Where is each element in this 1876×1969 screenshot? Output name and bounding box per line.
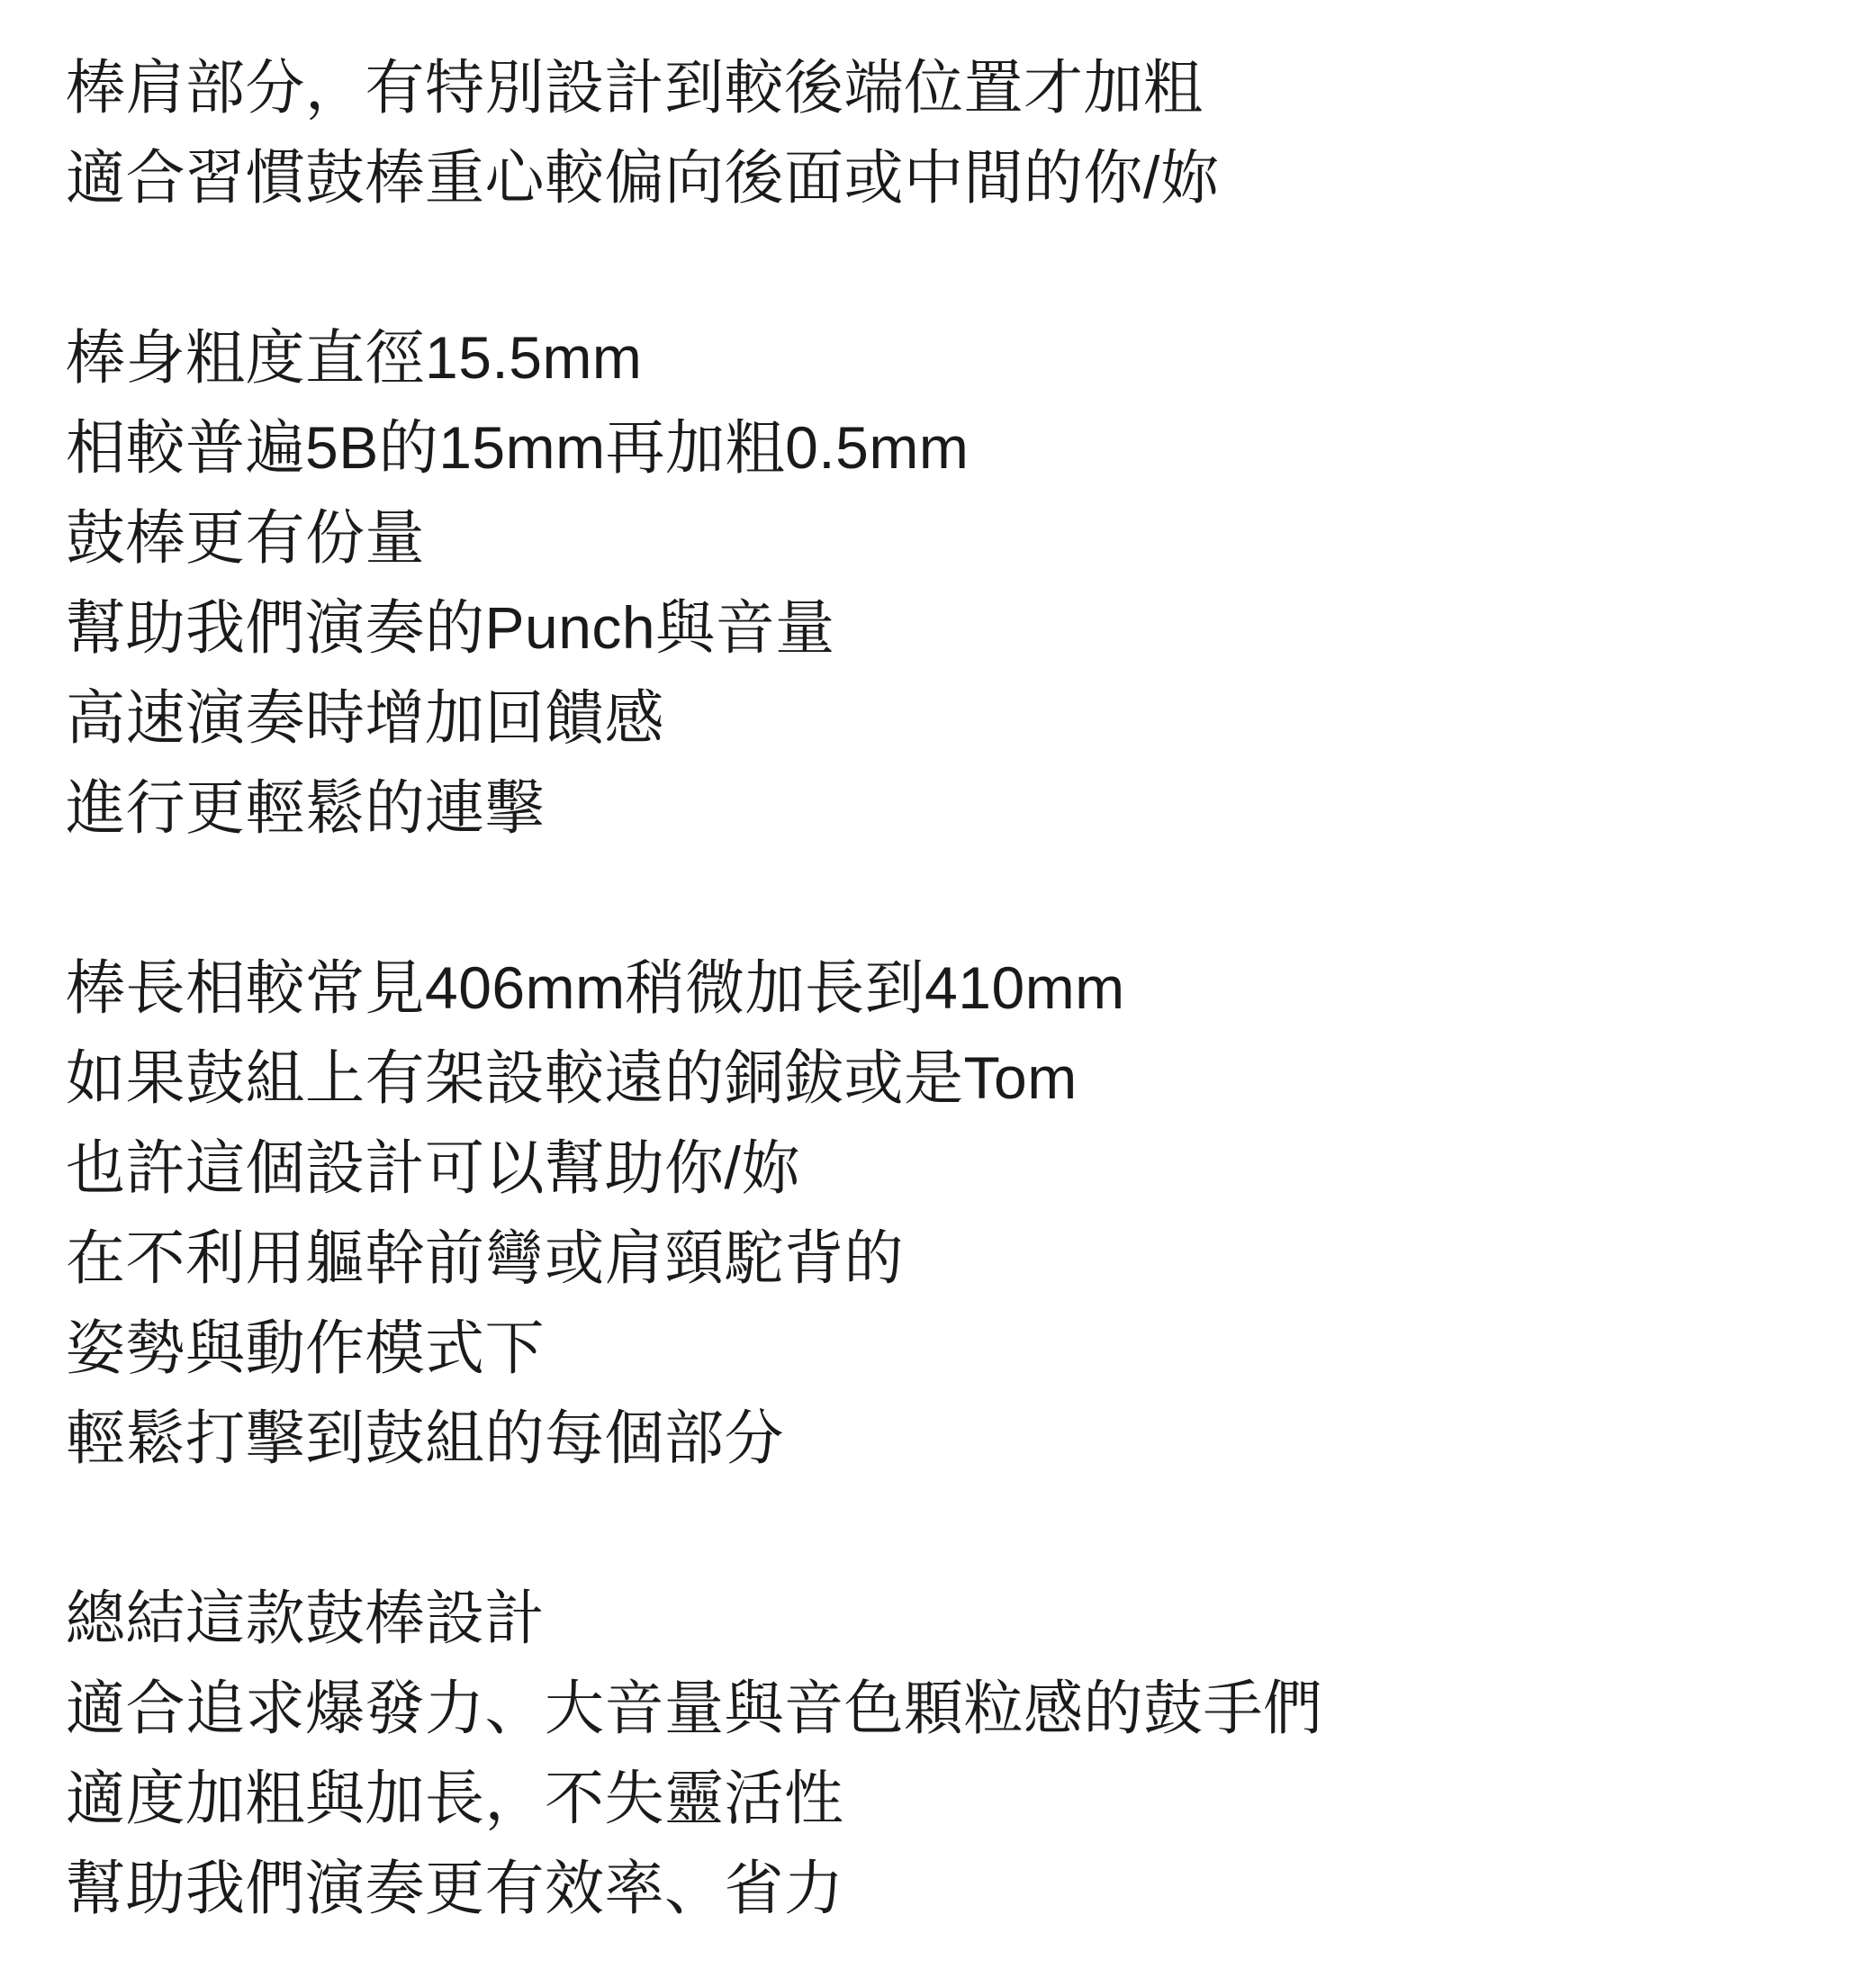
text-line: 棒長相較常見406mm稍微加長到410mm xyxy=(66,943,1849,1033)
text-line: 棒身粗度直徑15.5mm xyxy=(66,312,1849,402)
text-line: 也許這個設計可以幫助你/妳 xyxy=(66,1123,1849,1213)
paragraph-summary: 總結這款鼓棒設計 適合追求爆發力、大音量與音色顆粒感的鼓手們 適度加粗與加長，不… xyxy=(66,1573,1849,1933)
text-line: 鼓棒更有份量 xyxy=(66,492,1849,583)
text-line: 適度加粗與加長，不失靈活性 xyxy=(66,1753,1849,1843)
text-line: 總結這款鼓棒設計 xyxy=(66,1573,1849,1663)
text-line: 幫助我們演奏的Punch與音量 xyxy=(66,583,1849,673)
text-line: 在不利用軀幹前彎或肩頸駝背的 xyxy=(66,1213,1849,1303)
text-line: 幫助我們演奏更有效率、省力 xyxy=(66,1843,1849,1933)
paragraph-stick-length: 棒長相較常見406mm稍微加長到410mm 如果鼓組上有架設較遠的銅鈸或是Tom… xyxy=(66,943,1849,1483)
text-line: 輕鬆打擊到鼓組的每個部分 xyxy=(66,1393,1849,1483)
text-line: 姿勢與動作模式下 xyxy=(66,1303,1849,1393)
text-line: 高速演奏時增加回饋感 xyxy=(66,673,1849,763)
text-line: 適合追求爆發力、大音量與音色顆粒感的鼓手們 xyxy=(66,1663,1849,1753)
document-body: 棒肩部分，有特別設計到較後端位置才加粗 適合習慣鼓棒重心較偏向後面或中間的你/妳… xyxy=(0,0,1876,1933)
text-line: 如果鼓組上有架設較遠的銅鈸或是Tom xyxy=(66,1033,1849,1123)
paragraph-stick-diameter: 棒身粗度直徑15.5mm 相較普遍5B的15mm再加粗0.5mm 鼓棒更有份量 … xyxy=(66,312,1849,853)
text-line: 相較普遍5B的15mm再加粗0.5mm xyxy=(66,402,1849,492)
text-line: 棒肩部分，有特別設計到較後端位置才加粗 xyxy=(66,42,1849,132)
text-line: 適合習慣鼓棒重心較偏向後面或中間的你/妳 xyxy=(66,132,1849,222)
text-line: 進行更輕鬆的連擊 xyxy=(66,763,1849,853)
paragraph-stick-shoulder: 棒肩部分，有特別設計到較後端位置才加粗 適合習慣鼓棒重心較偏向後面或中間的你/妳 xyxy=(66,42,1849,222)
